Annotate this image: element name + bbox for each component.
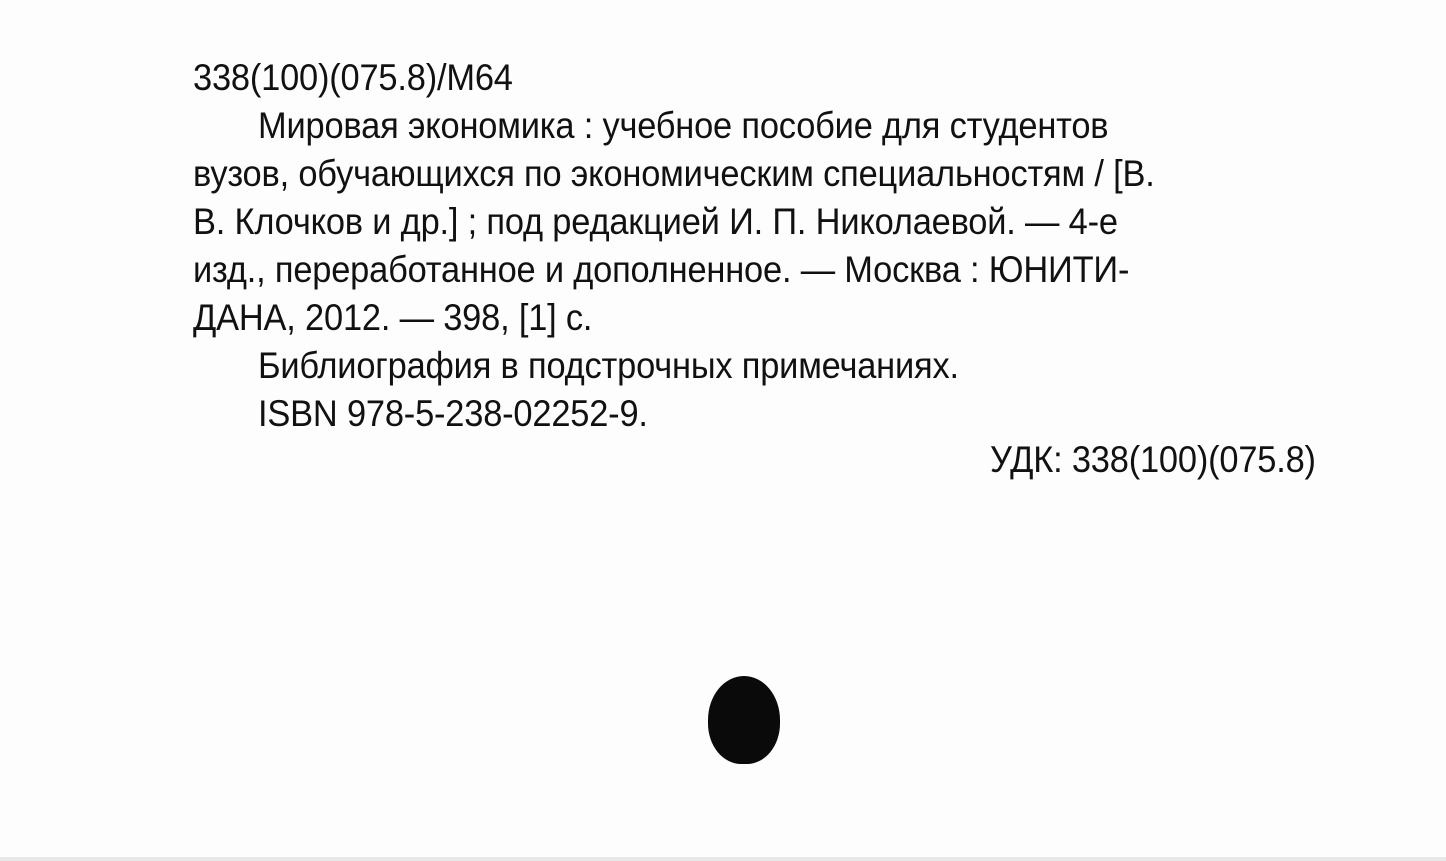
bibliography-note: Библиография в подстрочных примечаниях. — [258, 342, 959, 390]
isbn: ISBN 978-5-238-02252-9. — [258, 390, 648, 438]
udk: УДК: 338(100)(075.8) — [990, 436, 1316, 484]
catalog-card: 338(100)(075.8)/М64 Мировая экономика : … — [0, 0, 1446, 861]
title-line-1: Мировая экономика : учебное пособие для … — [258, 102, 1108, 150]
title-line-2: вузов, обучающихся по экономическим спец… — [193, 150, 1155, 198]
call-number: 338(100)(075.8)/М64 — [193, 54, 513, 102]
title-line-4: изд., переработанное и дополненное. — Мо… — [193, 246, 1129, 294]
punch-hole — [708, 676, 780, 764]
title-line-3: В. Клочков и др.] ; под редакцией И. П. … — [193, 198, 1118, 246]
title-line-5: ДАНА, 2012. — 398, [1] с. — [193, 294, 592, 342]
card-edge — [0, 857, 1446, 861]
